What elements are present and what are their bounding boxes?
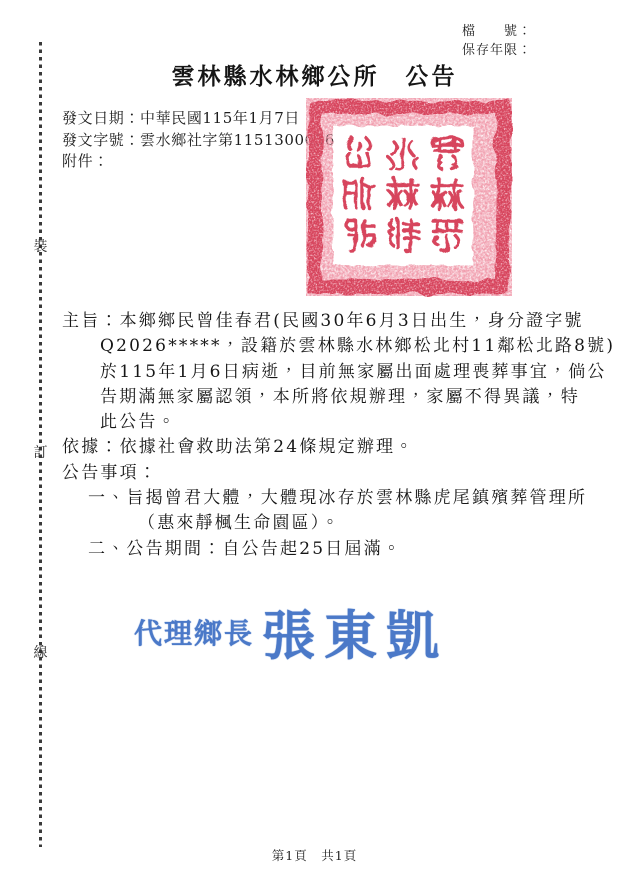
binding-label-zhuang: 裝 <box>34 240 48 254</box>
official-seal <box>301 95 519 301</box>
doc-number-label: 發文字號： <box>62 131 140 149</box>
file-number-block: 檔 號： 保存年限： <box>462 23 548 60</box>
body-line: 告期滿無家屬認領，本所將依規辦理，家屬不得異議，特 <box>62 385 584 410</box>
issue-date-value: 中華民國115年1月7日 <box>140 109 300 127</box>
signature-stamp: 代理鄉長 張東凱 <box>134 594 448 670</box>
attachment-label: 附件： <box>62 152 109 170</box>
body-line: 公告事項： <box>62 461 584 486</box>
body-line: Q2026*****，設籍於雲林縣水林鄉松北村11鄰松北路8號) <box>62 334 584 359</box>
file-number-label: 檔 號： <box>462 23 548 42</box>
body-line: 一、旨揭曾君大體，大體現冰存於雲林縣虎尾鎮殯葬管理所 <box>62 486 584 511</box>
page-number: 第1頁 共1頁 <box>0 846 629 864</box>
binding-label-ding: 訂 <box>34 446 48 460</box>
body-line: 二、公告期間：自公告起25日屆滿。 <box>62 537 584 562</box>
signer-title: 代理鄉長 <box>134 612 254 652</box>
document-page: 裝 訂 線 檔 號： 保存年限： 雲林縣水林鄉公所 公告 發文日期：中華民國11… <box>0 0 629 893</box>
announcement-body: 主旨：本鄉鄉民曾佳春君(民國30年6月3日出生，身分證字號 Q2026*****… <box>62 309 584 562</box>
binding-margin-line: 裝 訂 線 <box>39 42 42 847</box>
issue-date-label: 發文日期： <box>62 109 140 127</box>
body-line: 依據：依據社會救助法第24條規定辦理。 <box>62 435 584 460</box>
body-line: 於115年1月6日病逝，目前無家屬出面處理喪葬事宜，倘公 <box>62 360 584 385</box>
body-line: （惠來靜楓生命園區）。 <box>62 511 584 536</box>
body-line: 主旨：本鄉鄉民曾佳春君(民國30年6月3日出生，身分證字號 <box>62 309 584 334</box>
binding-label-xian: 線 <box>34 646 48 660</box>
body-line: 此公告。 <box>62 410 584 435</box>
document-title: 雲林縣水林鄉公所 公告 <box>0 58 629 91</box>
seal-stamp-graphic <box>301 95 519 301</box>
signer-name: 張東凱 <box>262 594 448 670</box>
